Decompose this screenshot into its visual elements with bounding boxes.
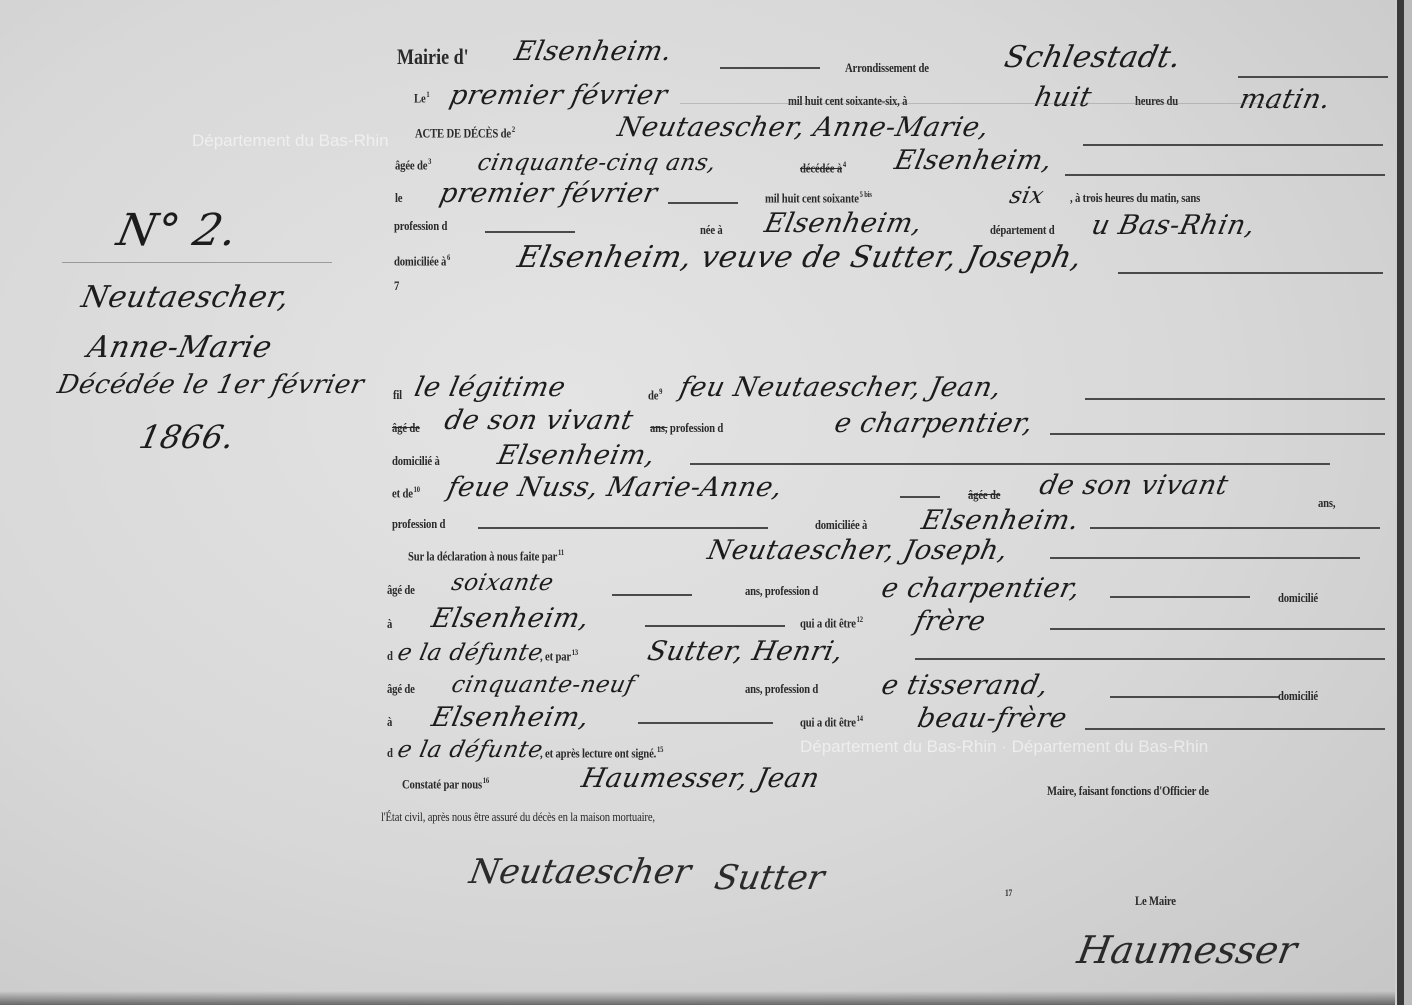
mother-value: feue Nuss, Marie-Anne, — [445, 472, 786, 503]
le2-label: le — [395, 190, 402, 206]
le-label: Le1 — [414, 90, 429, 106]
death-date: premier février — [437, 178, 661, 209]
departement-label: département d — [990, 222, 1054, 238]
fille-label: fil — [393, 387, 402, 403]
declaration-label: Sur la déclaration à nous faite par11 — [408, 548, 564, 564]
fille-value: le légitime — [412, 372, 569, 403]
witness1-age-label: âgé de — [387, 582, 415, 598]
mayor-signature: Haumesser — [1074, 928, 1300, 972]
mother-prof-label: profession d — [392, 516, 445, 532]
father-profession: e charpentier, — [832, 408, 1036, 439]
deceased-age: cinquante-cinq ans, — [475, 150, 718, 176]
witness2-of: d — [387, 745, 393, 761]
et-par-label: , et par13 — [540, 648, 578, 664]
margin-year: 1866. — [136, 418, 238, 456]
margin-deceased-line: Décédée le 1er février — [55, 370, 367, 400]
acte-label: ACTE DE DÉCÈS de2 — [415, 125, 515, 141]
lecture-text: , et après lecture ont signé.15 — [540, 745, 663, 761]
maire-text: Maire, faisant fonctions d'Officier de — [1047, 783, 1209, 799]
father-prof-label: ans, profession d — [650, 420, 723, 436]
witness2-a-label: à — [387, 714, 392, 730]
decedee-label: décédée à4 — [800, 160, 846, 176]
witness2-name: Sutter, Henri, — [645, 636, 846, 667]
witness2-profession: e tisserand, — [879, 670, 1052, 701]
margin-given-names: Anne-Marie — [84, 330, 275, 365]
line7-marker: 7 — [394, 278, 399, 294]
registration-period: matin. — [1237, 84, 1334, 115]
mother-age-value: de son vivant — [1037, 470, 1231, 501]
witness2-age-label: âgé de — [387, 681, 415, 697]
witness1-name: Neutaescher, Joseph, — [705, 535, 1011, 566]
page-border — [1397, 0, 1404, 1005]
margin-surname: Neutaescher, — [78, 280, 292, 315]
mother-dom-label: domiciliée à — [815, 517, 867, 533]
death-time: , à trois heures du matin, sans — [1070, 190, 1200, 206]
officer-name: Haumesser, Jean — [579, 763, 823, 794]
father-label: de9 — [648, 387, 662, 403]
father-age-label: âgé de — [392, 420, 420, 436]
death-place: Elsenheim, — [892, 145, 1055, 176]
death-year-value: six — [1007, 183, 1046, 209]
witness2-ans-prof: ans, profession d — [745, 681, 818, 697]
witness2-signature: Sutter — [711, 858, 827, 898]
witness1-of: d — [387, 648, 393, 664]
witness1-domicile: Elsenheim, — [429, 603, 592, 634]
arrondissement-label: Arrondissement de — [845, 60, 929, 76]
domicilie-label: domicilié — [1278, 590, 1318, 606]
domicile-value: Elsenheim, veuve de Sutter, Joseph, — [514, 240, 1085, 275]
death-year-text: mil huit cent soixante5 bis — [765, 190, 872, 206]
year-text: mil huit cent soixante-six, à — [788, 93, 907, 109]
witness2-domicilie-label: domicilié — [1278, 688, 1318, 704]
mother-domicile: Elsenheim. — [919, 505, 1082, 536]
witness1-qui-label: qui a dit être12 — [800, 615, 863, 631]
departement-value: u Bas-Rhin, — [1089, 210, 1258, 241]
heures-label: heures du — [1135, 93, 1178, 109]
witness1-relation: frère — [912, 606, 989, 637]
nee-label: née à — [700, 222, 723, 238]
mother-label: et de10 — [392, 485, 420, 501]
mairie-value: Elsenheim. — [512, 36, 675, 67]
deceased-name: Neutaescher, Anne-Marie, — [615, 112, 992, 143]
margin-number: N° 2. — [113, 205, 243, 256]
footnote-17: 17 — [1005, 888, 1012, 898]
witness1-age: soixante — [449, 570, 556, 596]
witness2-age: cinquante-neuf — [449, 672, 637, 698]
witness2-relation: beau-frère — [915, 703, 1070, 734]
witness2-domicile: Elsenheim, — [429, 702, 592, 733]
witness1-of-value: e la défunte — [395, 640, 545, 666]
record-page: Département du Bas-Rhin Département du B… — [0, 0, 1395, 1005]
watermark-top: Département du Bas-Rhin — [192, 131, 389, 151]
domicile-label: domiciliée à6 — [394, 253, 450, 269]
witness1-profession: e charpentier, — [879, 573, 1083, 604]
arrondissement-value: Schlestadt. — [1001, 40, 1184, 75]
mother-ans: ans, — [1318, 495, 1335, 511]
mairie-label: Mairie d' — [397, 44, 469, 70]
witness2-qui-label: qui a dit être14 — [800, 714, 863, 730]
le-maire-label: Le Maire — [1135, 893, 1176, 909]
age-label: âgée de3 — [395, 157, 431, 173]
etat-civil-text: l'État civil, après nous être assuré du … — [381, 809, 655, 825]
profession-label: profession d — [394, 218, 447, 234]
watermark-bottom: Département du Bas-Rhin · Département du… — [800, 737, 1208, 757]
witness1-signature: Neutaescher — [466, 852, 694, 892]
mother-age-label: âgée de — [968, 487, 1000, 503]
witness2-of-value: e la défunte — [395, 737, 545, 763]
birth-place: Elsenheim, — [762, 208, 925, 239]
constate-label: Constaté par nous16 — [402, 776, 489, 792]
father-dom-label: domicilié à — [392, 453, 440, 469]
a-label: à — [387, 616, 392, 632]
father-value: feu Neutaescher, Jean, — [677, 372, 1005, 403]
father-age-value: de son vivant — [442, 405, 636, 436]
father-domicile: Elsenheim, — [495, 440, 658, 471]
registration-hour: huit — [1032, 82, 1095, 113]
registration-date: premier février — [447, 80, 671, 111]
witness1-ans-prof: ans, profession d — [745, 583, 818, 599]
